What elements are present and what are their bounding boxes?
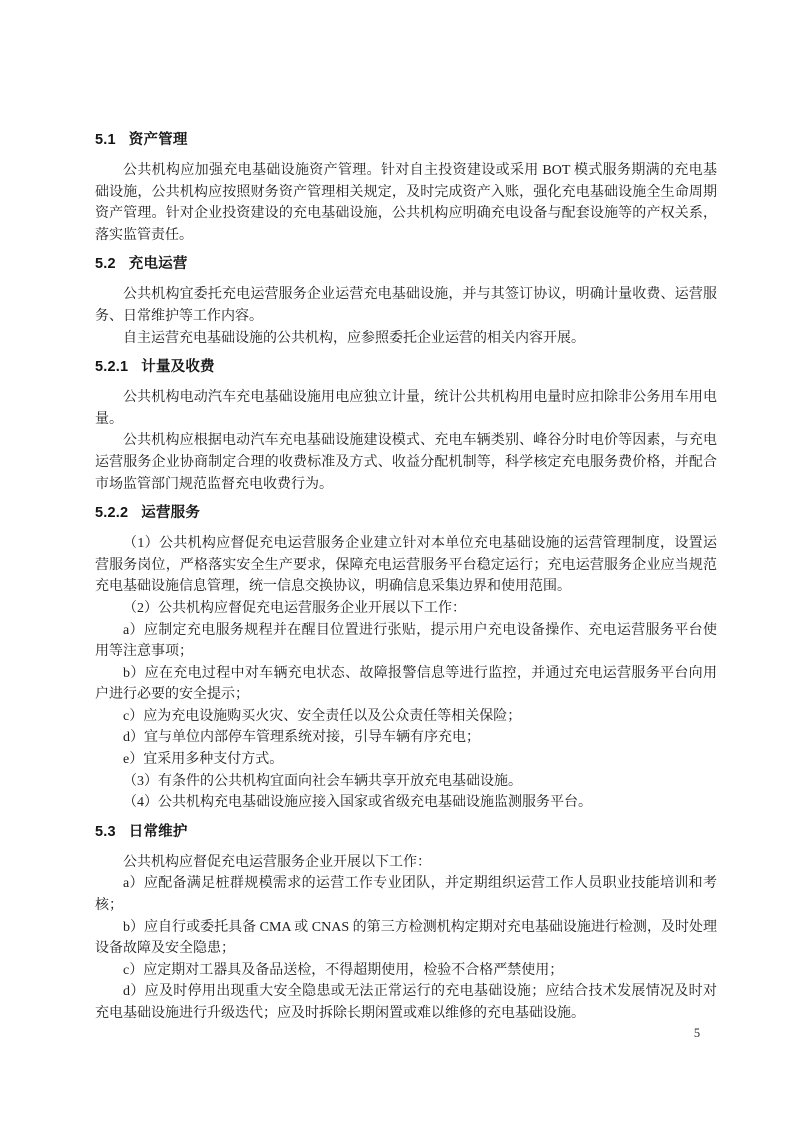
list-item-d: d）应及时停用出现重大安全隐患或无法正常运行的充电基础设施；应结合技术发展情况及…	[95, 981, 717, 1024]
section-5-2-2: 5.2.2运营服务 （1）公共机构应督促充电运营服务企业建立针对本单位充电基础设…	[95, 502, 717, 814]
section-heading: 5.1资产管理	[95, 129, 717, 151]
section-number: 5.2	[95, 253, 116, 275]
paragraph: （1）公共机构应督促充电运营服务企业建立针对本单位充电基础设施的运营管理制度，设…	[95, 533, 717, 598]
section-number: 5.1	[95, 129, 116, 151]
section-heading: 5.2.1计量及收费	[95, 356, 717, 378]
section-title: 日常维护	[129, 824, 188, 840]
list-item-d: d）宜与单位内部停车管理系统对接，引导车辆有序充电；	[95, 727, 717, 749]
paragraph: （4）公共机构充电基础设施应接入国家或省级充电基础设施监测服务平台。	[95, 792, 717, 814]
paragraph: 公共机构应督促充电运营服务企业开展以下工作：	[95, 852, 717, 874]
section-number: 5.2.2	[95, 502, 128, 524]
section-title: 充电运营	[129, 256, 188, 272]
document-page: 5.1资产管理 公共机构应加强充电基础设施资产管理。针对自主投资建设或采用 BO…	[0, 0, 793, 1122]
paragraph: 公共机构宜委托充电运营服务企业运营充电基础设施，并与其签订协议，明确计量收费、运…	[95, 284, 717, 327]
section-title: 计量及收费	[141, 359, 215, 375]
section-number: 5.3	[95, 821, 116, 843]
list-item-b: b）应自行或委托具备 CMA 或 CNAS 的第三方检测机构定期对充电基础设施进…	[95, 917, 717, 960]
list-item-c: c）应为充电设施购买火灾、安全责任以及公众责任等相关保险；	[95, 706, 717, 728]
section-number: 5.2.1	[95, 356, 128, 378]
list-item-a: a）应配备满足桩群规模需求的运营工作专业团队，并定期组织运营工作人员职业技能培训…	[95, 873, 717, 916]
paragraph: 公共机构应加强充电基础设施资产管理。针对自主投资建设或采用 BOT 模式服务期满…	[95, 160, 717, 246]
paragraph: 公共机构电动汽车充电基础设施用电应独立计量，统计公共机构用电量时应扣除非公务用车…	[95, 387, 717, 430]
section-5-3: 5.3日常维护 公共机构应督促充电运营服务企业开展以下工作： a）应配备满足桩群…	[95, 821, 717, 1025]
list-item-e: e）宜采用多种支付方式。	[95, 749, 717, 771]
list-item-b: b）应在充电过程中对车辆充电状态、故障报警信息等进行监控，并通过充电运营服务平台…	[95, 663, 717, 706]
list-item-a: a）应制定充电服务规程并在醒目位置进行张贴，提示用户充电设备操作、充电运营服务平…	[95, 620, 717, 663]
paragraph: 公共机构应根据电动汽车充电基础设施建设模式、充电车辆类别、峰谷分时电价等因素，与…	[95, 430, 717, 495]
section-heading: 5.2.2运营服务	[95, 502, 717, 524]
paragraph: 自主运营充电基础设施的公共机构，应参照委托企业运营的相关内容开展。	[95, 328, 717, 350]
page-number: 5	[684, 1026, 710, 1041]
paragraph: （2）公共机构应督促充电运营服务企业开展以下工作：	[95, 598, 717, 620]
section-title: 运营服务	[141, 505, 200, 521]
section-5-1: 5.1资产管理 公共机构应加强充电基础设施资产管理。针对自主投资建设或采用 BO…	[95, 129, 717, 246]
section-5-2-1: 5.2.1计量及收费 公共机构电动汽车充电基础设施用电应独立计量，统计公共机构用…	[95, 356, 717, 495]
section-heading: 5.2充电运营	[95, 253, 717, 275]
list-item-c: c）应定期对工器具及备品送检，不得超期使用，检验不合格严禁使用；	[95, 960, 717, 982]
section-heading: 5.3日常维护	[95, 821, 717, 843]
section-5-2: 5.2充电运营 公共机构宜委托充电运营服务企业运营充电基础设施，并与其签订协议，…	[95, 253, 717, 349]
document-content: 5.1资产管理 公共机构应加强充电基础设施资产管理。针对自主投资建设或采用 BO…	[95, 122, 717, 1025]
section-title: 资产管理	[129, 132, 188, 148]
paragraph: （3）有条件的公共机构宜面向社会车辆共享开放充电基础设施。	[95, 771, 717, 793]
